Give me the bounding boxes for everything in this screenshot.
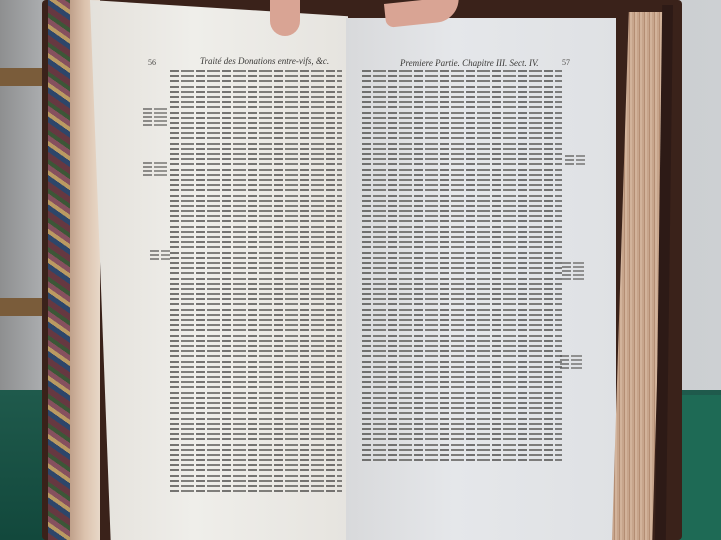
text-line <box>170 127 342 129</box>
text-line <box>362 153 562 155</box>
text-line <box>170 418 342 420</box>
text-line <box>362 189 562 191</box>
left-running-header: Traité des Donations entre-vifs, &c. <box>200 56 329 66</box>
text-line <box>170 319 342 321</box>
text-line <box>362 117 562 119</box>
text-line <box>170 153 342 155</box>
text-line <box>362 335 562 337</box>
text-line <box>362 355 562 357</box>
text-line <box>170 412 342 414</box>
text-line <box>362 70 562 72</box>
text-line <box>170 200 342 202</box>
text-line <box>170 220 342 222</box>
left-page-text <box>170 70 342 495</box>
left-margin-note <box>143 162 167 178</box>
text-line <box>170 423 342 425</box>
left-page-number: 56 <box>148 58 156 67</box>
text-line <box>362 340 562 342</box>
text-line <box>362 267 562 269</box>
text-line <box>170 449 342 451</box>
text-line <box>170 309 342 311</box>
text-line <box>170 361 342 363</box>
text-line <box>170 366 342 368</box>
text-line <box>170 96 342 98</box>
text-line <box>170 236 342 238</box>
text-line <box>170 288 342 290</box>
text-line <box>362 252 562 254</box>
right-margin-note <box>565 155 585 167</box>
text-line <box>362 454 562 456</box>
text-line <box>170 454 342 456</box>
text-line <box>362 433 562 435</box>
text-line <box>170 91 342 93</box>
text-line <box>362 236 562 238</box>
text-line <box>362 412 562 414</box>
text-line <box>362 148 562 150</box>
text-line <box>362 205 562 207</box>
text-line <box>362 80 562 82</box>
left-margin-note <box>150 250 170 262</box>
text-line <box>362 329 562 331</box>
text-line <box>170 283 342 285</box>
text-line <box>170 267 342 269</box>
text-line <box>362 169 562 171</box>
text-line <box>362 361 562 363</box>
text-line <box>170 438 342 440</box>
text-line <box>170 433 342 435</box>
text-line <box>362 288 562 290</box>
text-line <box>170 475 342 477</box>
text-line <box>170 174 342 176</box>
text-line <box>362 75 562 77</box>
text-line <box>170 80 342 82</box>
text-line <box>362 386 562 388</box>
text-line <box>170 241 342 243</box>
text-line <box>170 293 342 295</box>
text-line <box>170 137 342 139</box>
text-line <box>362 86 562 88</box>
text-line <box>170 143 342 145</box>
text-line <box>170 459 342 461</box>
text-line <box>170 376 342 378</box>
text-line <box>362 298 562 300</box>
text-line <box>170 469 342 471</box>
text-line <box>170 210 342 212</box>
text-line <box>170 350 342 352</box>
hand-finger <box>270 0 300 36</box>
text-line <box>362 418 562 420</box>
text-line <box>362 257 562 259</box>
text-line <box>362 195 562 197</box>
text-line <box>362 423 562 425</box>
text-line <box>362 350 562 352</box>
text-line <box>362 272 562 274</box>
text-line <box>170 262 342 264</box>
text-line <box>170 345 342 347</box>
text-line <box>362 381 562 383</box>
text-line <box>170 428 342 430</box>
text-line <box>170 272 342 274</box>
text-line <box>170 122 342 124</box>
text-line <box>170 407 342 409</box>
text-line <box>362 303 562 305</box>
text-line <box>170 386 342 388</box>
text-line <box>362 314 562 316</box>
text-line <box>362 246 562 248</box>
text-line <box>362 278 562 280</box>
text-line <box>170 324 342 326</box>
right-margin-note <box>562 262 584 282</box>
text-line <box>170 205 342 207</box>
text-line <box>362 101 562 103</box>
text-line <box>170 381 342 383</box>
text-line <box>362 459 562 461</box>
text-line <box>170 257 342 259</box>
text-line <box>170 252 342 254</box>
text-line <box>170 278 342 280</box>
text-line <box>362 226 562 228</box>
text-line <box>170 392 342 394</box>
text-line <box>362 220 562 222</box>
text-line <box>362 132 562 134</box>
text-line <box>362 241 562 243</box>
text-line <box>170 402 342 404</box>
text-line <box>362 96 562 98</box>
text-line <box>170 246 342 248</box>
text-line <box>170 464 342 466</box>
text-line <box>170 355 342 357</box>
text-line <box>362 366 562 368</box>
text-line <box>362 283 562 285</box>
text-line <box>170 70 342 72</box>
text-line <box>362 345 562 347</box>
text-line <box>170 303 342 305</box>
text-line <box>170 226 342 228</box>
text-line <box>170 148 342 150</box>
text-line <box>362 122 562 124</box>
text-line <box>170 231 342 233</box>
text-line <box>170 329 342 331</box>
text-line <box>170 132 342 134</box>
text-line <box>362 402 562 404</box>
text-line <box>170 485 342 487</box>
text-line <box>362 179 562 181</box>
left-margin-note <box>143 108 167 128</box>
text-line <box>362 163 562 165</box>
text-line <box>170 195 342 197</box>
text-line <box>170 158 342 160</box>
text-line <box>170 215 342 217</box>
text-line <box>362 376 562 378</box>
text-line <box>170 163 342 165</box>
text-line <box>170 397 342 399</box>
text-line <box>362 143 562 145</box>
text-line <box>362 158 562 160</box>
text-line <box>170 335 342 337</box>
text-line <box>362 184 562 186</box>
text-line <box>362 392 562 394</box>
text-line <box>362 112 562 114</box>
text-line <box>362 309 562 311</box>
text-line <box>170 86 342 88</box>
text-line <box>362 324 562 326</box>
text-line <box>362 231 562 233</box>
text-line <box>362 428 562 430</box>
text-line <box>362 444 562 446</box>
text-line <box>170 169 342 171</box>
text-line <box>362 174 562 176</box>
text-line <box>362 106 562 108</box>
text-line <box>170 112 342 114</box>
text-line <box>170 340 342 342</box>
text-line <box>170 101 342 103</box>
text-line <box>362 397 562 399</box>
text-line <box>170 314 342 316</box>
text-line <box>170 371 342 373</box>
text-line <box>362 407 562 409</box>
text-line <box>170 117 342 119</box>
right-margin-note <box>560 355 582 371</box>
text-line <box>170 298 342 300</box>
text-line <box>170 106 342 108</box>
text-line <box>170 490 342 492</box>
right-running-header: Premiere Partie. Chapitre III. Sect. IV. <box>400 58 539 68</box>
text-line <box>170 444 342 446</box>
text-line <box>170 480 342 482</box>
text-line <box>362 319 562 321</box>
text-line <box>362 200 562 202</box>
text-line <box>170 75 342 77</box>
text-line <box>362 449 562 451</box>
right-page-number: 57 <box>562 58 570 67</box>
text-line <box>362 137 562 139</box>
text-line <box>362 91 562 93</box>
text-line <box>362 215 562 217</box>
text-line <box>362 438 562 440</box>
text-line <box>362 293 562 295</box>
text-line <box>170 184 342 186</box>
right-page-text <box>362 70 562 464</box>
text-line <box>170 189 342 191</box>
text-line <box>362 371 562 373</box>
text-line <box>362 127 562 129</box>
text-line <box>362 210 562 212</box>
text-line <box>170 179 342 181</box>
text-line <box>362 262 562 264</box>
